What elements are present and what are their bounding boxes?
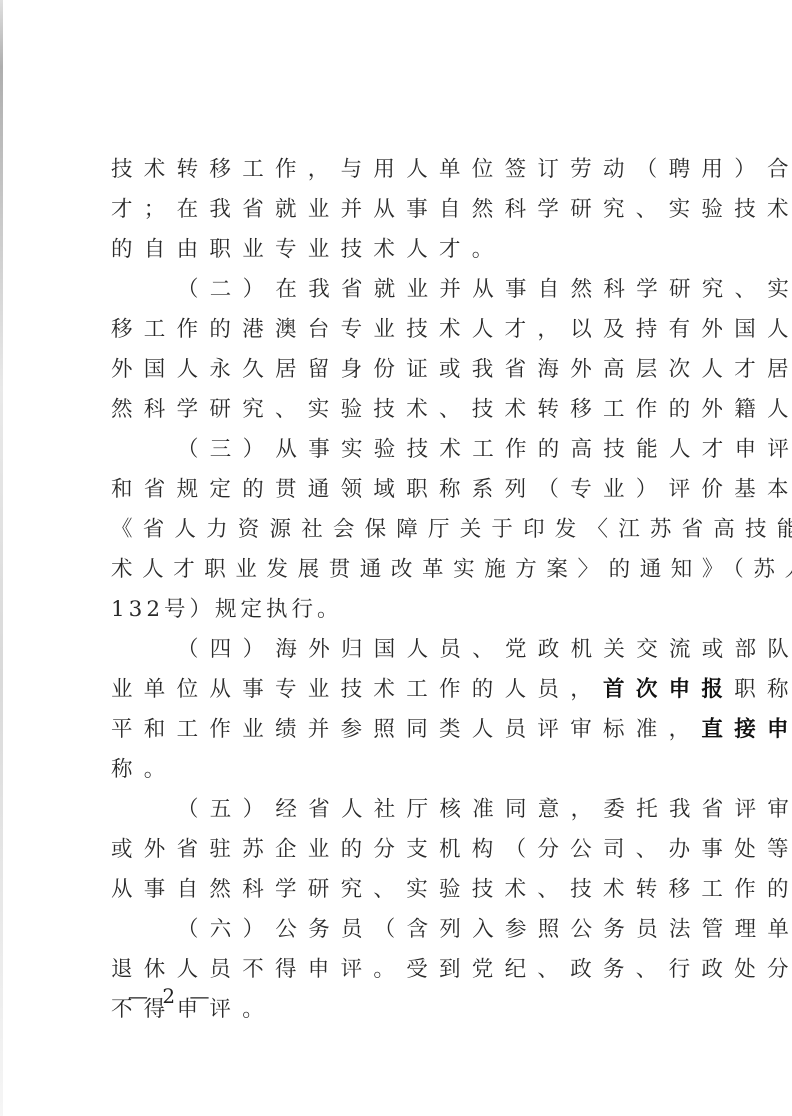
page-number: — 2 — <box>128 984 213 1008</box>
paragraph-item-3: （三）从事实验技术工作的高技能人才申评职称应符合国家 和省规定的贯通领域职称系列… <box>111 430 681 630</box>
text-line: 才；在我省就业并从事自然科学研究、实验技术、技术转移工作 <box>111 190 681 230</box>
text-segment: 平和工作业绩并参照同类人员评审标准， <box>111 717 701 742</box>
text-line: 从事自然科学研究、实验技术、技术转移工作的专业技术人才。 <box>111 870 681 910</box>
text-line: 的自由职业专业技术人才。 <box>111 230 681 270</box>
text-line: 平和工作业绩并参照同类人员评审标准，直接申报评审相应职 <box>111 710 681 750</box>
text-line: 术人才职业发展贯通改革实施方案〉的通知》（苏人社发〔2021〕 <box>111 550 681 590</box>
emphasis-first-application: 首次申报 <box>603 677 734 702</box>
paragraph-item-5: （五）经省人社厅核准同意，委托我省评审的中央驻苏单位 或外省驻苏企业的分支机构（… <box>111 790 681 910</box>
document-page: 技术转移工作，与用人单位签订劳动（聘用）合同的专业技术人 才；在我省就业并从事自… <box>111 150 681 1030</box>
text-line: 或外省驻苏企业的分支机构（分公司、办事处等）和驻苏部队中 <box>111 830 681 870</box>
paragraph-continued: 技术转移工作，与用人单位签订劳动（聘用）合同的专业技术人 才；在我省就业并从事自… <box>111 150 681 270</box>
text-line: 技术转移工作，与用人单位签订劳动（聘用）合同的专业技术人 <box>111 150 681 190</box>
scan-edge-shadow <box>0 0 3 1116</box>
text-segment: 业单位从事专业技术工作的人员， <box>111 677 603 702</box>
text-line: 然科学研究、实验技术、技术转移工作的外籍人员。 <box>111 390 681 430</box>
text-line: （三）从事实验技术工作的高技能人才申评职称应符合国家 <box>111 430 681 470</box>
text-line: 《省人力资源社会保障厅关于印发〈江苏省高技能人才与专业技 <box>111 510 681 550</box>
text-line: （六）公务员（含列入参照公务员法管理单位的工作人员）、 <box>111 910 681 950</box>
text-line: 132号）规定执行。 <box>111 590 681 630</box>
text-line: 外国人永久居留身份证或我省海外高层次人才居住证并从事自 <box>111 350 681 390</box>
text-line: 和省规定的贯通领域职称系列（专业）评价基本标准条件，按照 <box>111 470 681 510</box>
text-segment: 职称时可根据专业水 <box>734 677 792 702</box>
paragraph-item-4: （四）海外归国人员、党政机关交流或部队转业安置到企事 业单位从事专业技术工作的人… <box>111 630 681 790</box>
text-line: （二）在我省就业并从事自然科学研究、实验技术、技术转 <box>111 270 681 310</box>
paragraph-item-2: （二）在我省就业并从事自然科学研究、实验技术、技术转 移工作的港澳台专业技术人才… <box>111 270 681 430</box>
text-line: （四）海外归国人员、党政机关交流或部队转业安置到企事 <box>111 630 681 670</box>
text-line: 移工作的港澳台专业技术人才，以及持有外国人来华工作许可、 <box>111 310 681 350</box>
text-line: 业单位从事专业技术工作的人员，首次申报职称时可根据专业水 <box>111 670 681 710</box>
emphasis-direct-application: 直接申报 <box>701 717 792 742</box>
text-line: （五）经省人社厅核准同意，委托我省评审的中央驻苏单位 <box>111 790 681 830</box>
paragraph-item-6: （六）公务员（含列入参照公务员法管理单位的工作人员）、 退休人员不得申评。受到党… <box>111 910 681 1030</box>
text-line: 称。 <box>111 750 681 790</box>
